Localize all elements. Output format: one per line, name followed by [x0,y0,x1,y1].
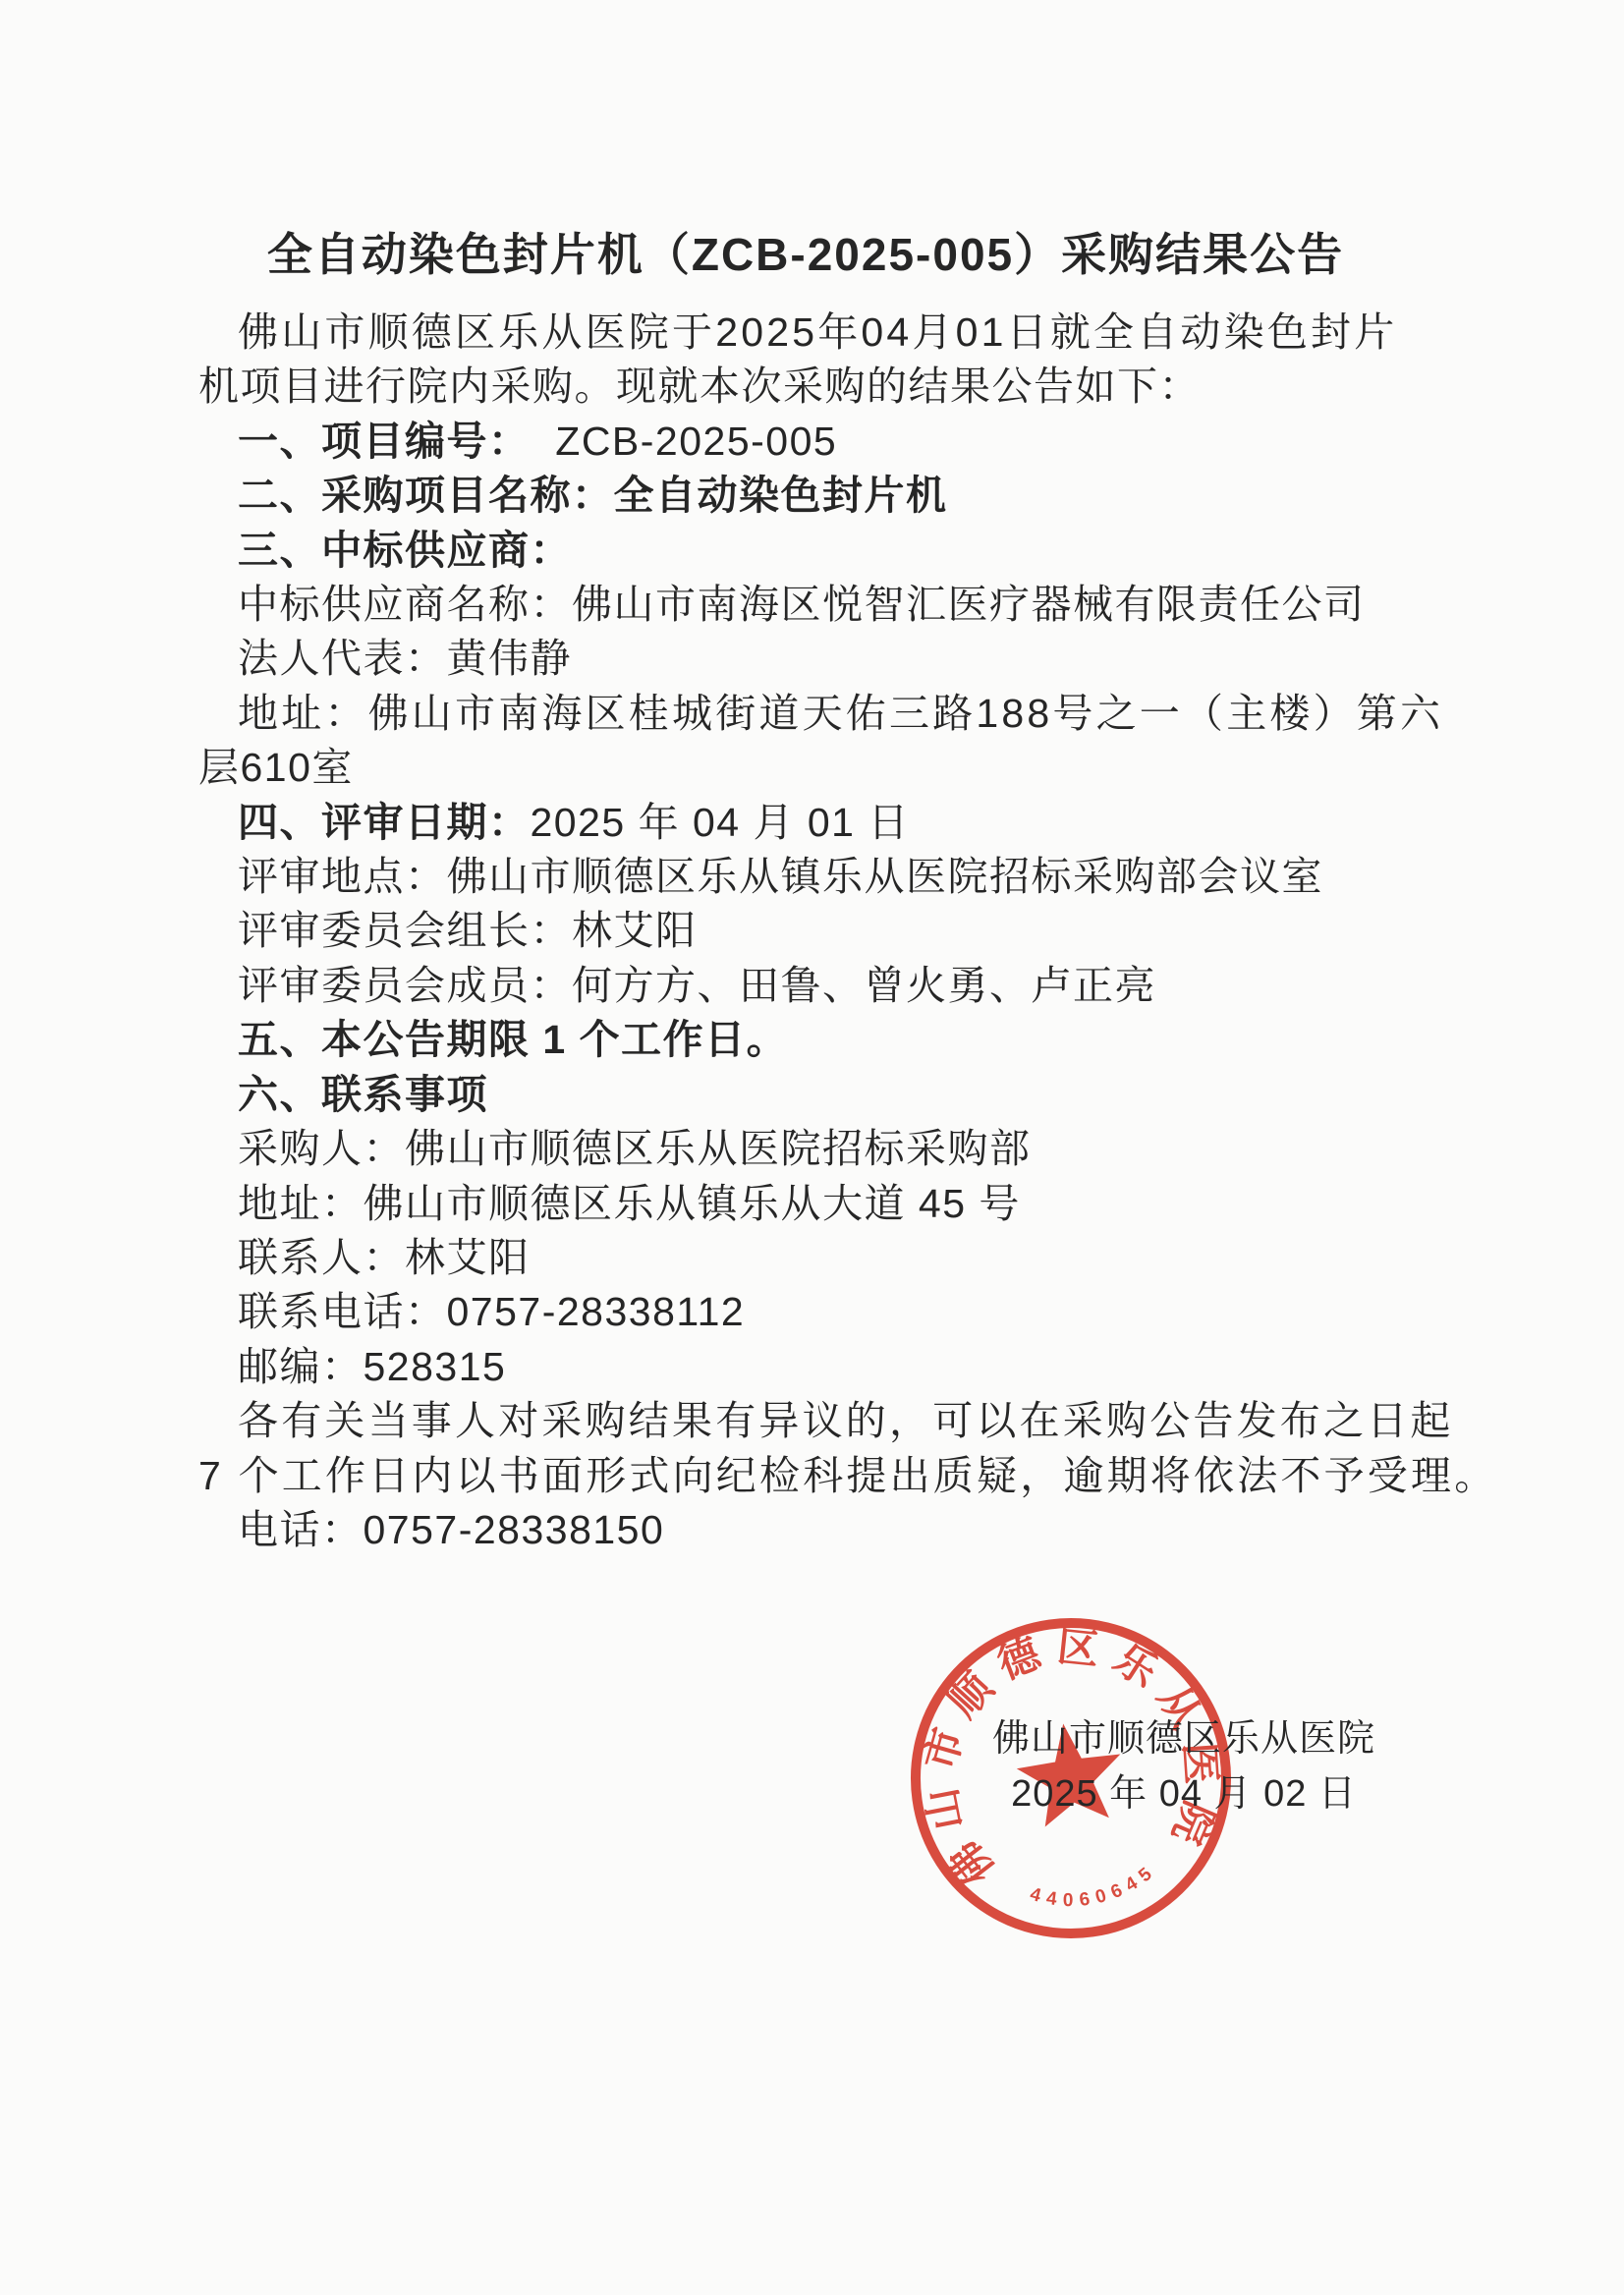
text: 各有关当事人对采购结果有异议的，可以在采购公告发布之日起 [238,1398,1454,1443]
document-line: 五、本公告期限 1 个工作日。 [198,1013,1505,1067]
document-line: 一、项目编号： ZCB-2025-005 [198,415,1505,469]
text: 地址：佛山市顺德区乐从镇乐从大道 45 号 [238,1181,1021,1226]
document-line: 各有关当事人对采购结果有异议的，可以在采购公告发布之日起 [198,1394,1505,1448]
document-line: 地址：佛山市南海区桂城街道天佑三路188号之一（主楼）第六 [198,687,1505,741]
signature-date: 2025 年 04 月 02 日 [982,1766,1385,1821]
document-line: 中标供应商名称：佛山市南海区悦智汇医疗器械有限责任公司 [198,578,1505,632]
signature-org: 佛山市顺德区乐从医院 [982,1711,1385,1766]
text: 2025 年 04 月 01 日 [531,800,910,845]
scanned-document-page: 全自动染色封片机（ZCB-2025-005）采购结果公告 佛山市顺德区乐从医院于… [0,0,1624,2295]
text: 7 个工作日内以书面形式向纪检科提出质疑，逾期将依法不予受理。 [198,1453,1497,1498]
text: 机项目进行院内采购。现就本次采购的结果公告如下： [198,364,1201,409]
text: 联系电话：0757-28338112 [238,1289,745,1334]
document-line: 评审地点：佛山市顺德区乐从镇乐从医院招标采购部会议室 [198,850,1505,904]
text: 中标供应商名称：佛山市南海区悦智汇医疗器械有限责任公司 [238,582,1366,627]
text: 评审委员会成员：何方方、田鲁、曾火勇、卢正亮 [238,963,1156,1008]
text: 法人代表：黄伟静 [238,636,572,681]
document-line: 法人代表：黄伟静 [198,632,1505,686]
bold-text: 一、项目编号： [238,419,531,464]
document-line: 二、采购项目名称：全自动染色封片机 [198,469,1505,523]
text: 邮编：528315 [238,1344,506,1389]
bold-text: 六、联系事项 [238,1072,488,1117]
text: ZCB-2025-005 [531,419,838,464]
text: 地址：佛山市南海区桂城街道天佑三路188号之一（主楼）第六 [238,691,1443,736]
document-line: 邮编：528315 [198,1340,1505,1394]
bold-text: 五、本公告期限 1 个工作日。 [238,1017,788,1062]
document-title: 全自动染色封片机（ZCB-2025-005）采购结果公告 [118,219,1493,284]
text: 评审委员会组长：林艾阳 [238,908,698,953]
document-line: 层610室 [198,741,1505,795]
document-line: 联系人：林艾阳 [198,1231,1505,1285]
bold-text: 三、中标供应商： [238,528,572,573]
document-line: 地址：佛山市顺德区乐从镇乐从大道 45 号 [198,1177,1505,1231]
document-line: 评审委员会成员：何方方、田鲁、曾火勇、卢正亮 [198,959,1505,1013]
document-line: 采购人：佛山市顺德区乐从医院招标采购部 [198,1122,1505,1176]
document-line: 评审委员会组长：林艾阳 [198,904,1505,958]
document-line: 六、联系事项 [198,1068,1505,1122]
document-line: 7 个工作日内以书面形式向纪检科提出质疑，逾期将依法不予受理。 [198,1449,1505,1503]
bold-text: 四、评审日期： [238,800,531,845]
text: 联系人：林艾阳 [238,1235,531,1280]
text: 采购人：佛山市顺德区乐从医院招标采购部 [238,1126,1032,1171]
text: 佛山市顺德区乐从医院于2025年04月01日就全自动染色封片 [238,309,1397,355]
document-line: 机项目进行院内采购。现就本次采购的结果公告如下： [198,360,1505,414]
document-line: 三、中标供应商： [198,524,1505,578]
text: 评审地点：佛山市顺德区乐从镇乐从医院招标采购部会议室 [238,854,1323,899]
document-line: 四、评审日期：2025 年 04 月 01 日 [198,796,1505,850]
document-line: 电话：0757-28338150 [198,1503,1505,1557]
text: 电话：0757-28338150 [238,1507,664,1552]
document-body: 佛山市顺德区乐从医院于2025年04月01日就全自动染色封片机项目进行院内采购。… [198,306,1505,1557]
signature-block: 佛山市顺德区乐从医院 2025 年 04 月 02 日 [982,1711,1385,1821]
document-line: 联系电话：0757-28338112 [198,1285,1505,1339]
document-line: 佛山市顺德区乐从医院于2025年04月01日就全自动染色封片 [198,306,1505,360]
text: 层610室 [198,745,354,790]
bold-text: 二、采购项目名称：全自动染色封片机 [238,473,948,518]
